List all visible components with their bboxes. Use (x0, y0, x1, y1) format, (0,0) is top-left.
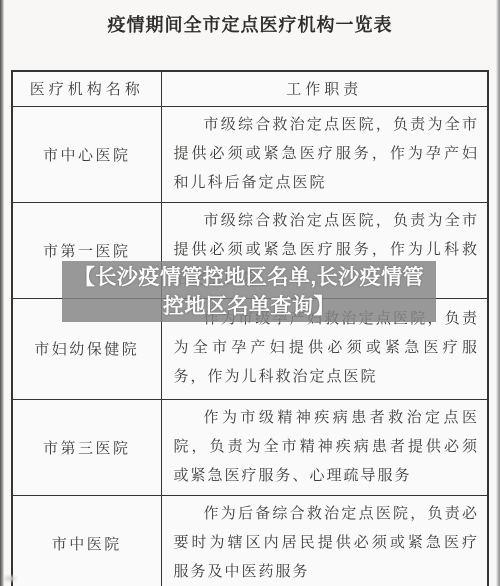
duty-text: 作为后备综合救治定点医院，负责必要时为辖区内居民提供必须或紧急医疗服务及中医药服… (174, 500, 480, 586)
table-row: 市中医院 作为后备综合救治定点医院，负责必要时为辖区内居民提供必须或紧急医疗服务… (12, 495, 488, 586)
header-work-duty: 工作职责 (161, 71, 488, 106)
watermark-text-line-2: 控地区名单查询】 (163, 292, 335, 321)
duty-text: 作为市级精神疾病患者救治定点医院，负责为全市精神疾病患者提供必须或紧急医疗服务、… (174, 404, 480, 491)
duty-cell: 市级综合救治定点医院，负责为全市提供必须或紧急医疗服务，作为孕产妇和儿科后备定点… (161, 106, 488, 202)
page-title: 疫情期间全市定点医疗机构一览表 (0, 11, 500, 37)
page-right-edge-shadow (496, 0, 500, 586)
watermark-text-line-1: 【长沙疫情管控地区名单,长沙疫情管 (74, 263, 424, 292)
table-row: 市中心医院 市级综合救治定点医院，负责为全市提供必须或紧急医疗服务，作为孕产妇和… (12, 106, 488, 202)
header-institution-name: 医疗机构名称 (12, 71, 161, 106)
page-left-edge-shadow (0, 0, 4, 586)
duty-cell: 作为市级精神疾病患者救治定点医院，负责为全市精神疾病患者提供必须或紧急医疗服务、… (161, 399, 488, 495)
duty-cell: 作为后备综合救治定点医院，负责必要时为辖区内居民提供必须或紧急医疗服务及中医药服… (161, 495, 488, 586)
institution-name-cell: 市第三医院 (12, 399, 161, 495)
watermark-overlay: 【长沙疫情管控地区名单,长沙疫情管 控地区名单查询】 (62, 261, 436, 322)
table-row: 市第三医院 作为市级精神疾病患者救治定点医院，负责为全市精神疾病患者提供必须或紧… (12, 399, 488, 495)
table-header-row: 医疗机构名称 工作职责 (12, 71, 488, 106)
duty-text: 市级综合救治定点医院，负责为全市提供必须或紧急医疗服务，作为孕产妇和儿科后备定点… (174, 111, 480, 198)
institution-name-cell: 市中心医院 (12, 106, 161, 202)
page-corner-smudge (2, 574, 18, 583)
institutions-table: 医疗机构名称 工作职责 市中心医院 市级综合救治定点医院，负责为全市提供必须或紧… (11, 70, 489, 586)
institution-name-cell: 市中医院 (12, 495, 161, 586)
